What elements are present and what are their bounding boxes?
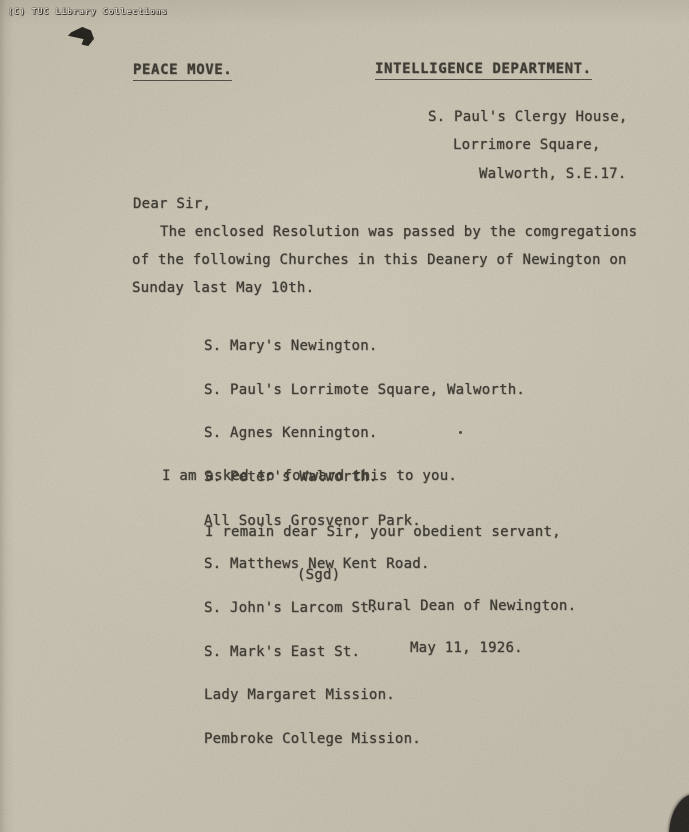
- scan-corner-shadow: [669, 794, 689, 832]
- forward-line: I am asked to forward this to you.: [162, 468, 457, 484]
- church-list-item: S. Agnes Kennington.: [204, 426, 525, 441]
- body-line-1: The enclosed Resolution was passed by th…: [160, 224, 637, 240]
- scanned-letter-page: (C) TUC Library Collections PEACE MOVE. …: [0, 0, 689, 832]
- department-heading: INTELLIGENCE DEPARTMENT.: [375, 61, 592, 80]
- church-list: S. Mary's Newington. S. Paul's Lorrimote…: [204, 310, 525, 776]
- library-watermark: (C) TUC Library Collections: [8, 7, 168, 16]
- closing-line: I remain dear Sir, your obedient servant…: [205, 524, 561, 540]
- church-list-item: Lady Margaret Mission.: [204, 688, 525, 703]
- church-list-item: S. Paul's Lorrimote Square, Walworth.: [204, 383, 525, 398]
- letter-subject-heading: PEACE MOVE.: [133, 62, 232, 81]
- church-list-item: Pembroke College Mission.: [204, 732, 525, 747]
- address-line-3: Walworth, S.E.17.: [479, 166, 627, 182]
- body-line-2: of the following Churches in this Deaner…: [132, 252, 627, 268]
- salutation: Dear Sir,: [133, 196, 211, 212]
- church-list-item: S. Mary's Newington.: [204, 339, 525, 354]
- body-line-3: Sunday last May 10th.: [132, 280, 314, 296]
- letter-date: May 11, 1926.: [410, 640, 523, 656]
- signature-title: Rural Dean of Newington.: [368, 598, 576, 614]
- church-list-item: S. Matthews New Kent Road.: [204, 557, 525, 572]
- ink-blot-mark: [68, 27, 94, 46]
- paper-speck: [459, 431, 462, 434]
- signed-abbreviation: (Sgd): [297, 567, 340, 583]
- address-line-1: S. Paul's Clergy House,: [428, 109, 628, 125]
- address-line-2: Lorrimore Square,: [453, 137, 601, 153]
